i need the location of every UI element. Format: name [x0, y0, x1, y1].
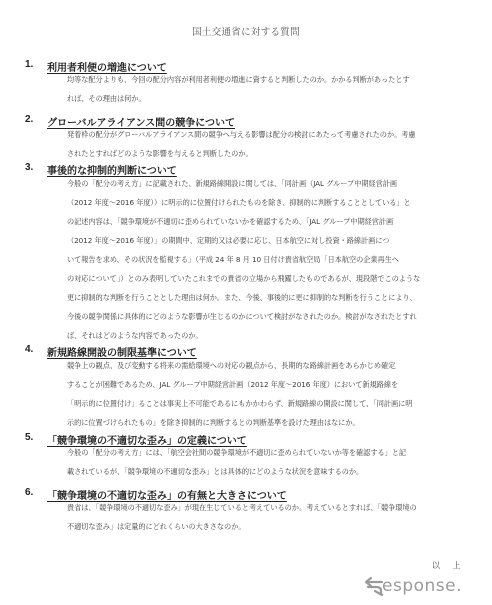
section-body: 今般の「配分の考え方」に記載された、新規路線開設に関しては、「同計画（JAL グ… — [67, 174, 459, 345]
body-line: 貴省は、「競争環境の不適切な歪み」が現在生じていると考えているのか。考えていると… — [67, 498, 459, 517]
body-line: 今般の「配分の考え方」には、「航空会社間の競争環境が不適切に歪められていないか等… — [67, 443, 459, 462]
body-line: の記述内容は、「競争環境が不適切に歪められていないかを確認するため、「JAL グ… — [67, 212, 459, 231]
body-line: 「明示的に位置付け」ることは事実上不可能であるにもかかわらず、新規路線の開設に関… — [67, 394, 459, 413]
section-number: 2. — [25, 114, 33, 125]
body-line: 更に抑制的な判断を行うこととした理由は何か。また、今後、事後的に更に抑制的な判断… — [67, 288, 459, 307]
body-line: （2012 年度～2016 年度））に明示的に位置付けられたものを除き、抑制的に… — [67, 193, 459, 212]
body-line: 競争上の観点、及び変動する将来の需給環境への対応の観点から、長期的な路線計画をあ… — [67, 356, 459, 375]
section-body: 発着枠の配分がグローバルアライアンス間の競争へ与える影響は配分の検討にあたって考… — [67, 125, 459, 163]
section-number: 5. — [25, 432, 33, 443]
body-line: 示的に位置づけられたもの」を除き抑制的に判断するとの判断基準を設けた理由はなにか… — [67, 413, 459, 432]
body-line: 今後の競争関係に具体的にどのような影響が生じるのかについて検討がなされたのか。検… — [67, 307, 459, 326]
section-3: 3. 事後的な抑制的判断について 今般の「配分の考え方」に記載された、新規路線開… — [0, 162, 492, 178]
body-line: 発着枠の配分がグローバルアライアンス間の競争へ与える影響は配分の検討にあたって考… — [67, 125, 459, 144]
section-number: 4. — [25, 344, 33, 355]
section-2: 2. グローバルアライアンス間の競争について 発着枠の配分がグローバルアライアン… — [0, 114, 492, 130]
body-line: いて報告を求め、その状況を監視する」（平成 24 年 8 月 10 日付け貴省航… — [67, 250, 459, 269]
closing-mark: 以 上 — [432, 560, 466, 571]
section-5: 5. 「競争環境の不適切な歪み」の定義について 今般の「配分の考え方」には、「航… — [0, 432, 492, 448]
section-number: 6. — [25, 487, 33, 498]
section-number: 1. — [25, 59, 33, 70]
body-line: 不適切な歪み」は定量的にどれくらいの大きさなのか。 — [67, 517, 459, 536]
watermark-brand-text: esponse. — [382, 576, 462, 596]
body-line: することが困難であるため、JAL グループ中期経営計画（2012 年度～2016… — [67, 375, 459, 394]
body-line: 今般の「配分の考え方」に記載された、新規路線開設に関しては、「同計画（JAL グ… — [67, 174, 459, 193]
body-line: （2012 年度～2016 年度）」の期間中、定期的又は必要に応じ、日本航空に対… — [67, 231, 459, 250]
response-watermark: esponse. — [362, 573, 486, 599]
section-6: 6. 「競争環境の不適切な歪み」の有無と大きさについて 貴省は、「競争環境の不適… — [0, 487, 492, 503]
section-body: 今般の「配分の考え方」には、「航空会社間の競争環境が不適切に歪められていないか等… — [67, 443, 459, 481]
section-number: 3. — [25, 162, 33, 173]
body-line: れば、その理由は何か。 — [67, 89, 459, 108]
section-body: 競争上の観点、及び変動する将来の需給環境への対応の観点から、長期的な路線計画をあ… — [67, 356, 459, 432]
body-line: されたとすればどのような影響を与えると判断したのか。 — [67, 144, 459, 163]
document-title: 国土交通省に対する質問 — [0, 24, 492, 38]
response-r-arrow-icon — [362, 576, 384, 596]
section-4: 4. 新規路線開設の制限基準について 競争上の観点、及び変動する将来の需給環境へ… — [0, 344, 492, 360]
section-body: 貴省は、「競争環境の不適切な歪み」が現在生じていると考えているのか。考えていると… — [67, 498, 459, 536]
body-line: 均等な配分よりも、今回の配分内容が利用者利便の増進に資すると判断したのか。かかる… — [67, 70, 459, 89]
body-line: 載されているが、「競争環境の不適切な歪み」とは具体的にどのような状況を意味するの… — [67, 462, 459, 481]
body-line: ば、それはどのような内容であったのか。 — [67, 326, 459, 345]
section-1: 1. 利用者利便の増進について 均等な配分よりも、今回の配分内容が利用者利便の増… — [0, 59, 492, 75]
section-body: 均等な配分よりも、今回の配分内容が利用者利便の増進に資すると判断したのか。かかる… — [67, 70, 459, 108]
body-line: の対応について」）とのみ表明していたこれまでの貴省の立場から飛躍したものであるが… — [67, 269, 459, 288]
